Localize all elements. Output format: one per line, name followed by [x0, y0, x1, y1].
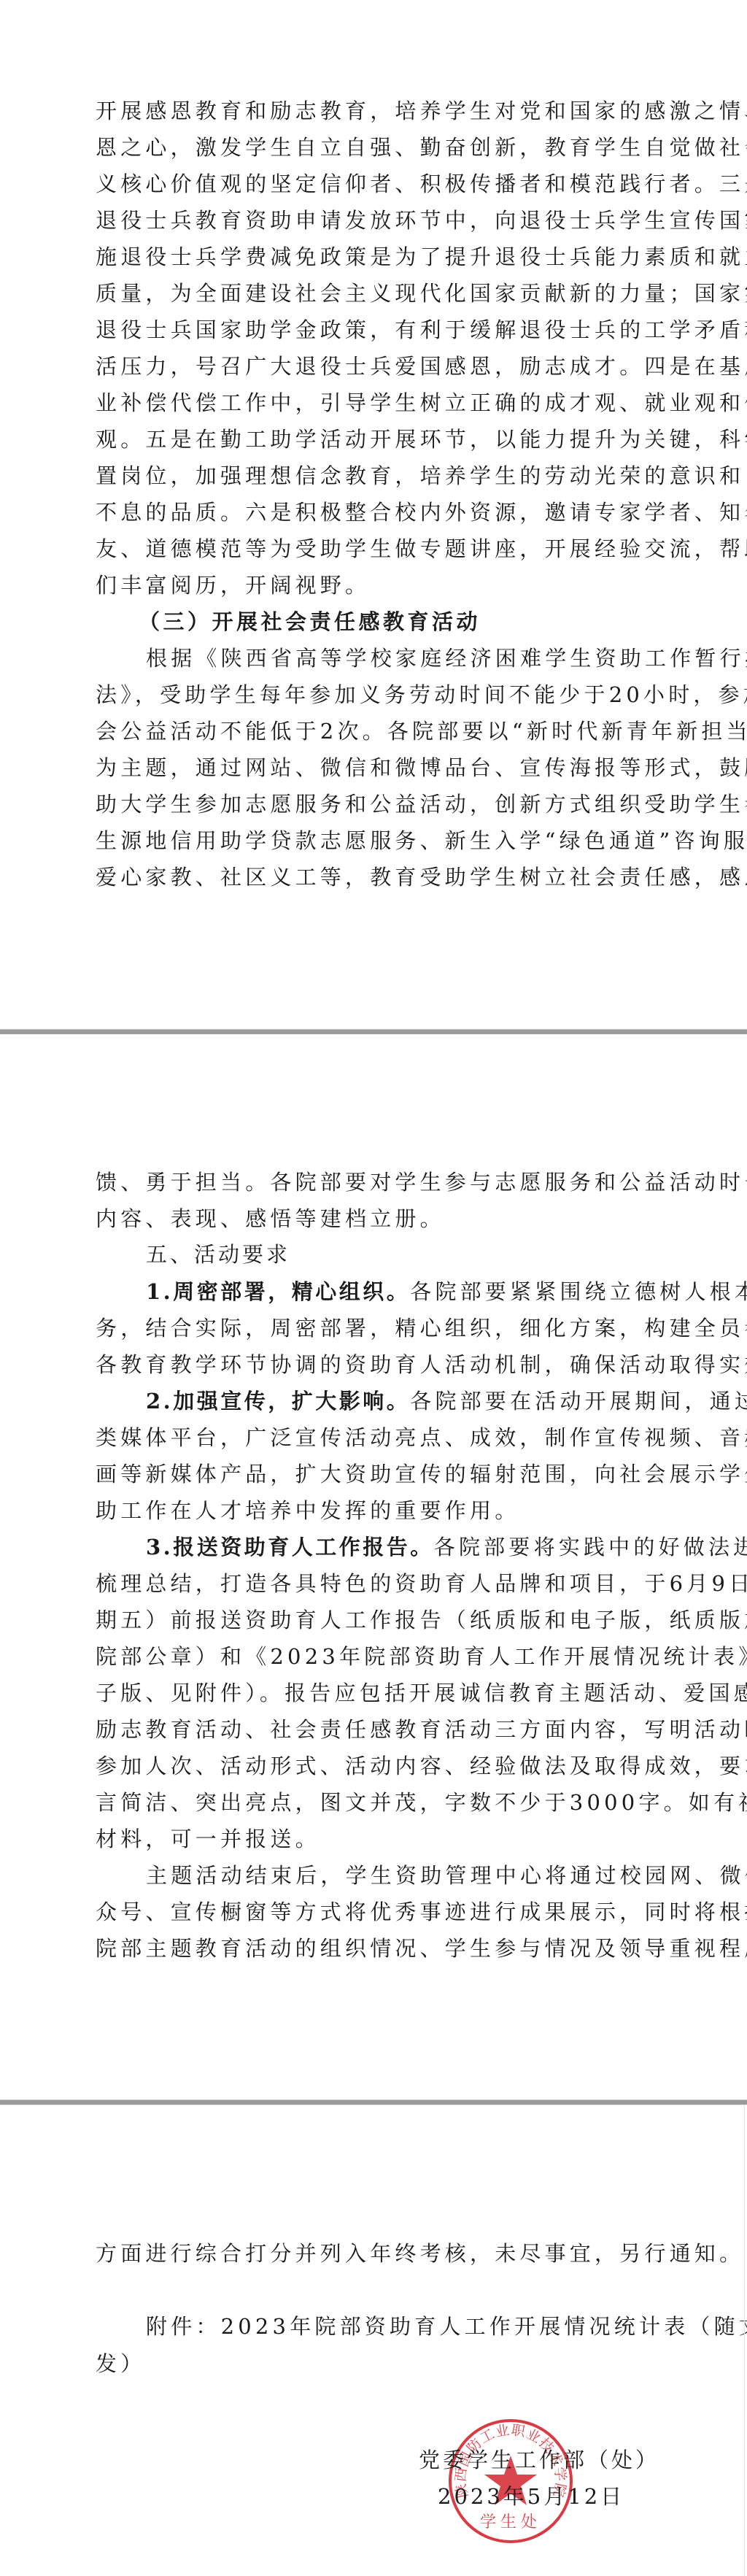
body-line: 质量，为全面建设社会主义现代化国家贡献新的力量；国家实行	[96, 275, 657, 312]
body-line: 类媒体平台，广泛宣传活动亮点、成效，制作宣传视频、音频动	[96, 1419, 657, 1456]
body-line: 施退役士兵学费减免政策是为了提升退役士兵能力素质和就业	[96, 239, 657, 275]
item-title: 1.周密部署，精心组织。	[146, 1279, 410, 1304]
page-divider	[0, 2099, 747, 2105]
body-line: 退役士兵教育资助申请发放环节中，向退役士兵学生宣传国家实	[96, 202, 657, 239]
body-line: 生源地信用助学贷款志愿服务、新生入学“绿色通道”咨询服务、	[96, 822, 657, 859]
body-line: 不息的品质。六是积极整合校内外资源，邀请专家学者、知名校	[96, 494, 657, 531]
body-line: 活压力，号召广大退役士兵爱国感恩，励志成才。四是在基层就	[96, 348, 657, 385]
body-line: 退役士兵国家助学金政策，有利于缓解退役士兵的工学矛盾和生	[96, 312, 657, 348]
item-title: 3.报送资助育人工作报告。	[146, 1535, 434, 1559]
body-line: 务，结合实际，周密部署，精心组织，细化方案，构建全员参与、	[96, 1310, 657, 1346]
body-line: 爱心家教、社区义工等，教育受助学生树立社会责任感，感恩回	[96, 859, 657, 895]
section-heading: （三）开展社会责任感教育活动	[139, 603, 700, 640]
body-line: 根据《陕西省高等学校家庭经济困难学生资助工作暂行办	[146, 640, 657, 676]
body-line: 观。五是在勤工助学活动开展环节，以能力提升为关键，科学设	[96, 421, 657, 458]
body-line: 众号、宣传橱窗等方式将优秀事迹进行成果展示，同时将根据各	[96, 1894, 657, 1930]
page-edge	[744, 2105, 745, 2576]
body-line: 画等新媒体产品，扩大资助宣传的辐射范围，向社会展示学生资	[96, 1456, 657, 1492]
page-3: 方面进行综合打分并列入年终考核，未尽事宜，另行通知。 附件：2023年院部资助育…	[0, 2105, 747, 2576]
body-line: 励志教育活动、社会责任感教育活动三方面内容，写明活动时间、	[96, 1711, 657, 1748]
body-line: 置岗位，加强理想信念教育，培养学生的劳动光荣的意识和自强	[96, 458, 657, 494]
item-text: 各院部要将实践中的好做法进行	[434, 1535, 747, 1559]
body-line: 恩之心，激发学生自立自强、勤奋创新，教育学生自觉做社会主	[96, 129, 657, 166]
page-2: 馈、勇于担当。各院部要对学生参与志愿服务和公益活动时长、 内容、表现、感悟等建档…	[0, 1035, 747, 2099]
body-line: 言简洁、突出亮点，图文并茂，字数不少于3000字。如有视频	[96, 1784, 657, 1821]
page-1: 开展感恩教育和励志教育，培养学生对党和国家的感激之情、感 恩之心，激发学生自立自…	[0, 0, 747, 1030]
attachment-line: 附件：2023年院部资助育人工作开展情况统计表（随文下	[146, 2308, 657, 2345]
signature-org: 党委学生工作部（处）	[419, 2442, 659, 2478]
item-text: 各院部要紧紧围绕立德树人根本任	[410, 1279, 747, 1304]
attachment-line: 发）	[96, 2345, 657, 2382]
body-line: 为主题，通过网站、微信和微博品台、宣传海报等形式，鼓励受	[96, 749, 657, 786]
body-line: 助工作在人才培养中发挥的重要作用。	[96, 1492, 657, 1529]
body-line: 各教育教学环节协调的资助育人活动机制，确保活动取得实效。	[96, 1346, 657, 1383]
body-line: 材料，可一并报送。	[96, 1821, 657, 1857]
body-line: 业补偿代偿工作中，引导学生树立正确的成才观、就业观和价值	[96, 385, 657, 421]
body-line: 开展感恩教育和励志教育，培养学生对党和国家的感激之情、感	[96, 93, 657, 129]
body-line: 会公益活动不能低于2次。各院部要以“新时代新青年新担当”	[96, 713, 657, 749]
requirement-item-3: 3.报送资助育人工作报告。各院部要将实践中的好做法进行	[146, 1529, 657, 1565]
body-line: 参加人次、活动形式、活动内容、经验做法及取得成效，要求语	[96, 1748, 657, 1784]
section-heading: 五、活动要求	[146, 1236, 708, 1273]
body-line: 梳理总结，打造各具特色的资助育人品牌和项目，于6月9日（星	[96, 1565, 657, 1602]
item-title: 2.加强宣传，扩大影响。	[146, 1389, 410, 1414]
body-line: 法》，受助学生每年参加义务劳动时间不能少于20小时，参加社	[96, 676, 657, 713]
page-divider	[0, 1029, 747, 1035]
body-line: 院部公章）和《2023年院部资助育人工作开展情况统计表》（电	[96, 1638, 657, 1675]
body-line: 期五）前报送资助育人工作报告（纸质版和电子版，纸质版加盖	[96, 1602, 657, 1638]
item-text: 各院部要在活动开展期间，通过各	[410, 1389, 747, 1414]
body-line: 友、道德模范等为受助学生做专题讲座，开展经验交流，帮助他	[96, 531, 657, 567]
body-line: 助大学生参加志愿服务和公益活动，创新方式组织受助学生参加	[96, 786, 657, 822]
body-line: 院部主题教育活动的组织情况、学生参与情况及领导重视程度等	[96, 1930, 657, 1967]
signature-date: 2023年5月12日	[438, 2478, 624, 2515]
svg-text:学生处: 学生处	[480, 2513, 541, 2531]
closing-paragraph: 主题活动结束后，学生资助管理中心将通过校园网、微信公	[146, 1857, 657, 1894]
body-line: 内容、表现、感悟等建档立册。	[96, 1200, 657, 1237]
body-line: 们丰富阅历，开阔视野。	[96, 567, 657, 603]
body-line: 方面进行综合打分并列入年终考核，未尽事宜，另行通知。	[96, 2235, 657, 2272]
requirement-item-1: 1.周密部署，精心组织。各院部要紧紧围绕立德树人根本任	[146, 1273, 657, 1310]
body-line: 义核心价值观的坚定信仰者、积极传播者和模范践行者。三是在	[96, 166, 657, 202]
body-line: 子版、见附件）。报告应包括开展诚信教育主题活动、爱国感恩	[96, 1675, 657, 1711]
body-line: 馈、勇于担当。各院部要对学生参与志愿服务和公益活动时长、	[96, 1164, 657, 1200]
requirement-item-2: 2.加强宣传，扩大影响。各院部要在活动开展期间，通过各	[146, 1383, 657, 1419]
